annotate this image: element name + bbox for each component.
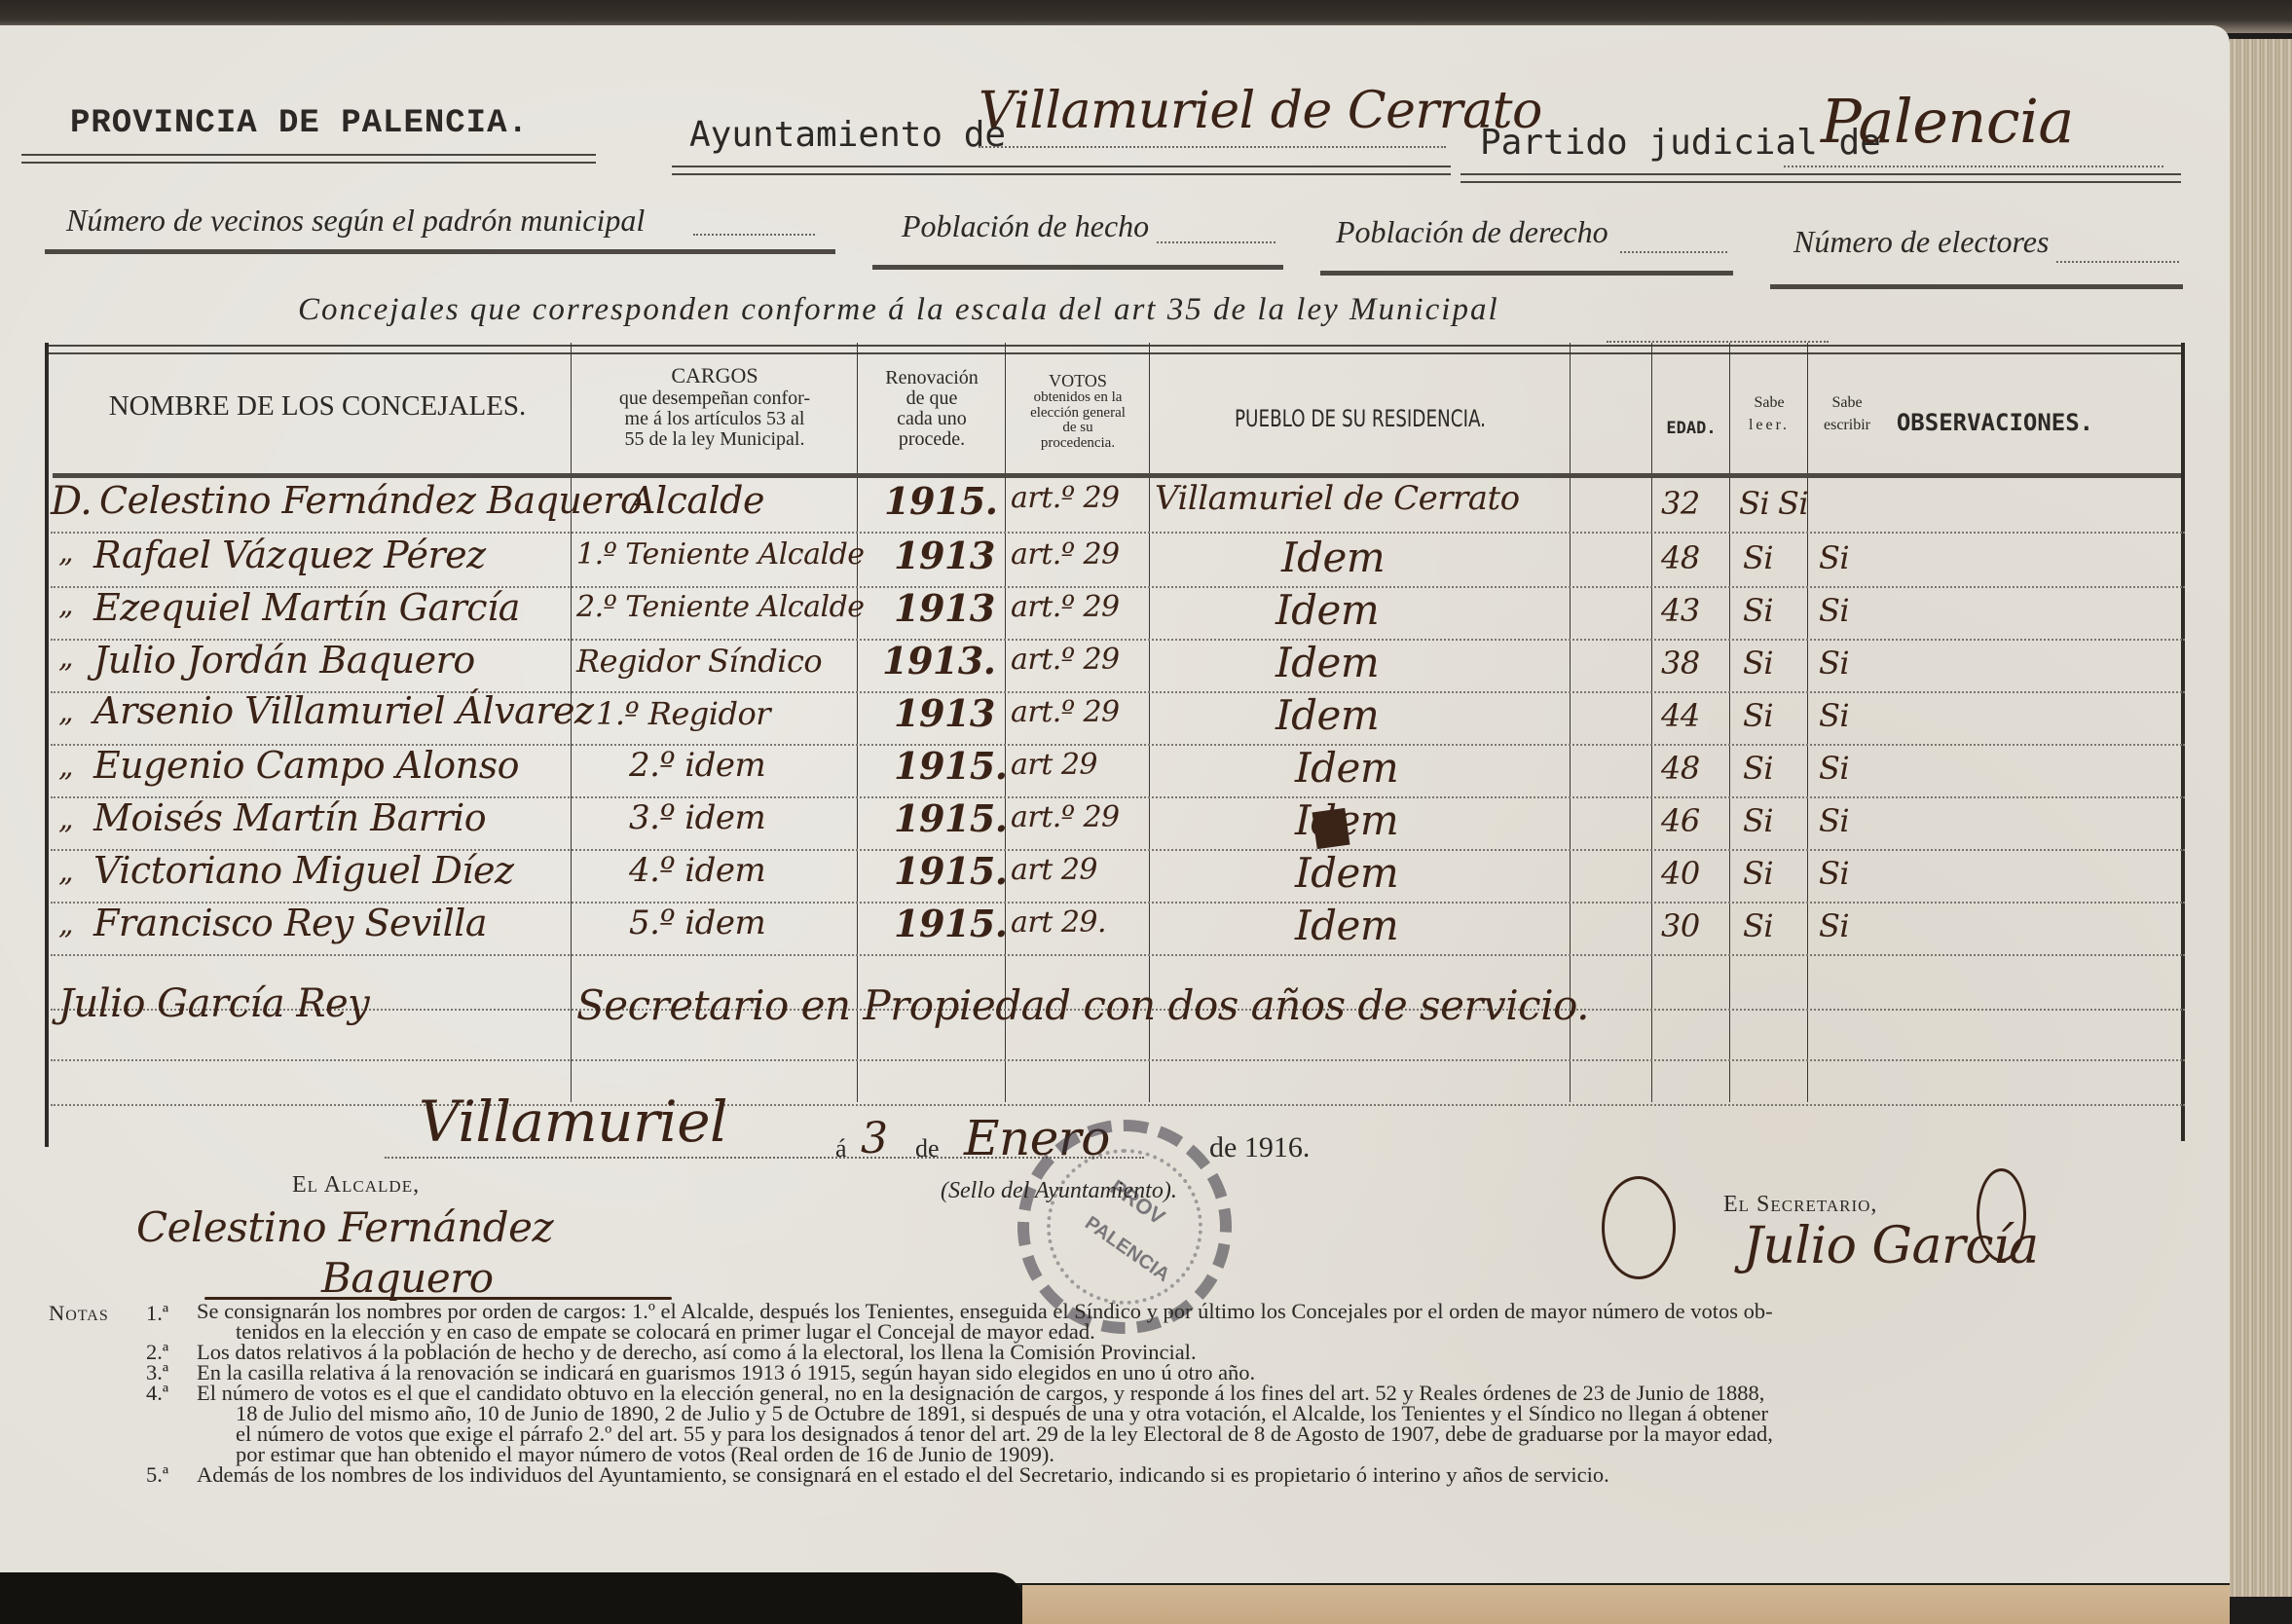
row-cargo: 3.º idem bbox=[629, 798, 765, 837]
row-prefix: „ bbox=[58, 588, 73, 622]
page-bottom-edge bbox=[1022, 1585, 2230, 1624]
row-pueblo: Idem bbox=[1295, 902, 1398, 949]
row-leer: Si bbox=[1743, 802, 1773, 839]
row-prefix: „ bbox=[58, 907, 73, 941]
row-cargo: Regidor Síndico bbox=[576, 643, 822, 680]
nota-text: 18 de Julio del mismo año, 10 de Junio d… bbox=[236, 1403, 1768, 1423]
row-cargo: Alcalde bbox=[629, 479, 764, 522]
row-leer: Si bbox=[1743, 645, 1773, 682]
partido-value: Palencia bbox=[1821, 86, 2074, 157]
row-votos: art 29 bbox=[1011, 748, 1097, 782]
nota-text: el número de votos que exige el párrafo … bbox=[236, 1423, 1773, 1444]
alcalde-label: El Alcalde, bbox=[292, 1172, 420, 1199]
secretario-texto: Secretario en Propiedad con dos años de … bbox=[576, 981, 1589, 1029]
secretario-firma: Julio García bbox=[1743, 1217, 2039, 1275]
row-votos: art.º 29 bbox=[1011, 695, 1120, 729]
sello-label: (Sello del Ayuntamiento). bbox=[941, 1178, 1177, 1204]
nota-text: tenidos en la elección y en caso de empa… bbox=[236, 1321, 1095, 1342]
nota-num: 2.ª bbox=[146, 1342, 168, 1362]
row-votos: art.º 29 bbox=[1011, 590, 1120, 624]
header-sabe-leer-line: Sabe bbox=[1731, 395, 1807, 412]
nota-text: Además de los nombres de los individuos … bbox=[197, 1464, 1609, 1485]
header-edad: EDAD. bbox=[1653, 421, 1729, 438]
row-escribir: Si bbox=[1819, 802, 1849, 839]
poblacion-derecho-field[interactable] bbox=[1620, 251, 1727, 253]
fecha-anio: de 1916. bbox=[1209, 1131, 1310, 1164]
table-left-border bbox=[45, 343, 49, 1147]
ayuntamiento-dots bbox=[979, 146, 1446, 148]
row-nombre: Arsenio Villamuriel Álvarez bbox=[93, 689, 594, 732]
header-renovacion-line: procede. bbox=[859, 429, 1005, 450]
vecinos-rule bbox=[45, 249, 835, 254]
row-renovacion: 1913 bbox=[894, 691, 995, 735]
row-pueblo: Idem bbox=[1295, 744, 1398, 792]
nota-text: En la casilla relativa á la renovación s… bbox=[197, 1362, 1255, 1383]
row-leer: Si bbox=[1743, 907, 1773, 944]
row-edad: 46 bbox=[1661, 802, 1700, 839]
row-escribir: Si bbox=[1819, 645, 1849, 682]
stamp-inner-ring bbox=[1047, 1149, 1202, 1305]
header-votos-line: de su bbox=[1007, 421, 1149, 436]
header-cargos-sub: 55 de la ley Municipal. bbox=[573, 429, 857, 450]
row-edad: 32 bbox=[1661, 485, 1700, 522]
row-edad: 48 bbox=[1661, 750, 1700, 787]
row-votos: art.º 29 bbox=[1011, 481, 1120, 515]
partido-dots bbox=[1784, 166, 2163, 167]
nota-text: por estimar que han obtenido el mayor nú… bbox=[236, 1444, 1054, 1464]
row-renovacion: 1913 bbox=[894, 586, 995, 630]
row-edad: 43 bbox=[1661, 592, 1700, 629]
row-leer: Si bbox=[1743, 539, 1773, 576]
header-cargos: CARGOS que desempeñan confor- me á los a… bbox=[573, 364, 857, 450]
row-renovacion: 1915. bbox=[894, 796, 1008, 840]
col-divider bbox=[1651, 343, 1652, 1102]
row-leer: Si bbox=[1743, 697, 1773, 734]
row-prefix: „ bbox=[58, 695, 73, 729]
row-leer: Si bbox=[1739, 485, 1769, 522]
vecinos-field[interactable] bbox=[693, 234, 815, 236]
row-leer: Si bbox=[1743, 750, 1773, 787]
book-cover-bottom bbox=[0, 1572, 1022, 1624]
vecinos-label: Número de vecinos según el padrón munici… bbox=[66, 203, 645, 239]
row-votos: art 29. bbox=[1011, 905, 1106, 940]
header-renovacion-line: cada uno bbox=[859, 409, 1005, 429]
concejales-caption: Concejales que corresponden conforme á l… bbox=[298, 292, 1499, 328]
header-sabe-leer-line: leer. bbox=[1731, 418, 1807, 434]
row-rule bbox=[51, 954, 2185, 956]
header-observaciones: OBSERVACIONES. bbox=[1809, 411, 2181, 435]
electores-label: Número de electores bbox=[1793, 224, 2049, 260]
row-pueblo: Villamuriel de Cerrato bbox=[1155, 479, 1520, 518]
province-underline bbox=[21, 154, 596, 164]
header-sabe-leer: Sabe leer. bbox=[1731, 395, 1807, 434]
header-renovacion: Renovación de que cada uno procede. bbox=[859, 368, 1005, 450]
poblacion-hecho-rule bbox=[872, 265, 1283, 270]
nota-text: Se consignarán los nombres por orden de … bbox=[197, 1301, 1773, 1321]
row-prefix: „ bbox=[58, 802, 73, 836]
poblacion-derecho-rule bbox=[1320, 271, 1733, 276]
row-votos: art.º 29 bbox=[1011, 800, 1120, 834]
row-rule bbox=[51, 1059, 2185, 1061]
row-pueblo: Idem bbox=[1275, 639, 1379, 686]
row-cargo: 4.º idem bbox=[629, 851, 765, 890]
poblacion-hecho-field[interactable] bbox=[1157, 241, 1275, 243]
row-cargo: 2.º idem bbox=[629, 746, 765, 785]
fecha-a: á bbox=[835, 1134, 847, 1163]
secretario-nombre: Julio García Rey bbox=[58, 981, 369, 1026]
row-escribir: Si bbox=[1819, 750, 1849, 787]
row-prefix: „ bbox=[58, 750, 73, 784]
poblacion-hecho-label: Población de hecho bbox=[902, 208, 1149, 244]
electores-field[interactable] bbox=[2056, 261, 2179, 263]
col-divider bbox=[1729, 343, 1730, 1102]
row-nombre: Celestino Fernández Baquero bbox=[99, 479, 642, 522]
page-edges bbox=[2230, 39, 2292, 1597]
row-renovacion: 1915. bbox=[894, 849, 1008, 893]
row-escribir: Si bbox=[1819, 907, 1849, 944]
row-nombre: Francisco Rey Sevilla bbox=[93, 902, 487, 944]
header-cargos-title: CARGOS bbox=[573, 364, 857, 387]
row-nombre: Ezequiel Martín García bbox=[93, 586, 520, 629]
table-right-border bbox=[2181, 343, 2185, 1141]
alcalde-firma-apellido: Baquero bbox=[321, 1254, 494, 1302]
row-pueblo: Idem bbox=[1295, 849, 1398, 897]
header-bottom-rule bbox=[53, 473, 2181, 478]
row-votos: art.º 29 bbox=[1011, 643, 1120, 677]
row-pueblo: Idem bbox=[1275, 691, 1379, 739]
row-renovacion: 1915. bbox=[884, 479, 998, 523]
partido-underline bbox=[1460, 173, 2181, 183]
header-nombre: NOMBRE DE LOS CONCEJALES. bbox=[64, 391, 571, 421]
nota-num: 1.ª bbox=[146, 1303, 168, 1323]
header-votos-line: elección general bbox=[1007, 406, 1149, 422]
row-cargo: 1.º Regidor bbox=[596, 695, 770, 732]
row-edad: 48 bbox=[1661, 539, 1700, 576]
row-escribir: Si bbox=[1819, 697, 1849, 734]
row-renovacion: 1913. bbox=[882, 639, 996, 683]
row-prefix: D. bbox=[51, 479, 92, 524]
row-edad: 38 bbox=[1661, 645, 1700, 682]
header-votos-title: VOTOS bbox=[1007, 372, 1149, 390]
row-prefix: „ bbox=[58, 535, 73, 570]
row-escribir: Si bbox=[1819, 855, 1849, 892]
row-votos: art 29 bbox=[1011, 853, 1097, 887]
row-cargo: 2.º Teniente Alcalde bbox=[576, 590, 865, 624]
secretario-label: El Secretario, bbox=[1723, 1192, 1877, 1218]
row-leer: Si bbox=[1743, 592, 1773, 629]
row-pueblo: Idem bbox=[1281, 534, 1385, 581]
fecha-dia: 3 bbox=[861, 1114, 888, 1163]
row-nombre: Eugenio Campo Alonso bbox=[93, 744, 519, 787]
header-renovacion-line: Renovación bbox=[859, 368, 1005, 388]
header-pueblo: PUEBLO DE SU RESIDENCIA. bbox=[1182, 407, 1538, 431]
row-nombre: Victoriano Miguel Díez bbox=[93, 849, 513, 892]
row-edad: 40 bbox=[1661, 855, 1700, 892]
row-nombre: Julio Jordán Baquero bbox=[93, 639, 475, 682]
row-leer: Si bbox=[1743, 855, 1773, 892]
row-escribir: Si bbox=[1819, 539, 1849, 576]
poblacion-derecho-label: Población de derecho bbox=[1336, 214, 1608, 250]
row-edad: 30 bbox=[1661, 907, 1700, 944]
row-rule bbox=[51, 1104, 2185, 1106]
nota-num: 3.ª bbox=[146, 1362, 168, 1383]
row-renovacion: 1913 bbox=[894, 534, 995, 577]
ink-blot bbox=[1312, 808, 1350, 849]
nota-num: 4.ª bbox=[146, 1383, 168, 1403]
ayuntamiento-underline bbox=[672, 166, 1451, 175]
header-renovacion-line: de que bbox=[859, 388, 1005, 409]
row-prefix: „ bbox=[58, 641, 73, 675]
row-pueblo: Idem bbox=[1275, 586, 1379, 634]
nota-num: 5.ª bbox=[146, 1464, 168, 1485]
header-cargos-sub: me á los artículos 53 al bbox=[573, 409, 857, 429]
fecha-lugar: Villamuriel bbox=[419, 1089, 727, 1155]
header-votos-line: obtenidos en la bbox=[1007, 390, 1149, 406]
header-cargos-sub: que desempeñan confor- bbox=[573, 388, 857, 409]
fecha-de: de bbox=[915, 1134, 940, 1163]
nota-text: El número de votos es el que el candidat… bbox=[197, 1383, 1764, 1403]
notas-label: Notas bbox=[49, 1303, 109, 1323]
row-cargo: 1.º Teniente Alcalde bbox=[576, 537, 865, 572]
row-cargo: 5.º idem bbox=[629, 904, 765, 942]
electores-rule bbox=[1770, 284, 2183, 289]
row-renovacion: 1915. bbox=[894, 902, 1008, 945]
secretario-rubrica-loop bbox=[1602, 1176, 1676, 1279]
row-votos: art.º 29 bbox=[1011, 537, 1120, 572]
province-title: PROVINCIA DE PALENCIA. bbox=[70, 105, 529, 142]
alcalde-firma: Celestino Fernández bbox=[136, 1203, 553, 1251]
ayuntamiento-value: Villamuriel de Cerrato bbox=[979, 82, 1542, 140]
concejales-table: NOMBRE DE LOS CONCEJALES. CARGOS que des… bbox=[45, 343, 2185, 1151]
col-divider bbox=[1807, 343, 1808, 1102]
row-renovacion: 1915. bbox=[894, 744, 1008, 788]
row-nombre: Moisés Martín Barrio bbox=[93, 796, 486, 839]
row-escribir: Si bbox=[1819, 592, 1849, 629]
header-sabe-escribir-line: Sabe bbox=[1809, 395, 1885, 412]
header-votos-line: procedencia. bbox=[1007, 436, 1149, 452]
row-nombre: Rafael Vázquez Pérez bbox=[93, 534, 486, 576]
header-votos: VOTOS obtenidos en la elección general d… bbox=[1007, 372, 1149, 452]
row-edad: 44 bbox=[1661, 697, 1700, 734]
row-prefix: „ bbox=[58, 855, 73, 889]
row-escribir: Si bbox=[1778, 485, 1808, 522]
nota-text: Los datos relativos á la población de he… bbox=[197, 1342, 1197, 1362]
ayuntamiento-label: Ayuntamiento de bbox=[689, 115, 1006, 155]
